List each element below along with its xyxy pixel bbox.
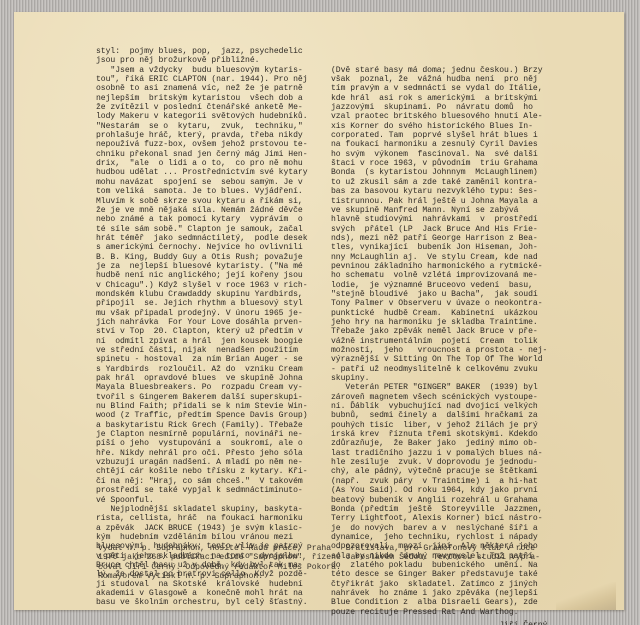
text-line: bas za basovou kytaru nezvyklého typu: š…: [331, 187, 547, 196]
text-line: Veterán PETER "GINGER" BAKER (1939) byl: [331, 383, 547, 392]
text-line: mohu navázat spojení se sebou samým. Je …: [96, 178, 308, 187]
text-line: pevninou základního harmonického a rytmi…: [331, 262, 547, 271]
text-line: punktické hudbě Cream. Kabinetní ukázkou: [331, 309, 547, 318]
text-line: čí na něj: "Hraj, co sám chceš." V takov…: [96, 477, 308, 486]
text-line: s Yardbirds rozloučil. Až do vzniku Crea…: [96, 365, 308, 374]
text-line: hlavně studiovými nahrávkami v prostředí: [331, 215, 547, 224]
text-line: ství v Top 20. Clapton, který už předtím…: [96, 327, 308, 336]
text-line: wood (z Traffic, předtím Spence Davis Gr…: [96, 411, 308, 420]
text-line: připojil se. Jejich rhythm a bluesový st…: [96, 299, 308, 308]
text-line: však poznal, že vážná hudba není pro něj: [331, 75, 547, 84]
text-line: Mayala Bluesbreakers. Po rozpadu Cream v…: [96, 383, 308, 392]
text-line: s americkými černochy. Nejvíce ho ovlivn…: [96, 243, 308, 252]
text-line: nds), mezi něž patří George Harrison z B…: [331, 234, 547, 243]
text-line: vzal praotec britského bluesového hnutí …: [331, 112, 547, 121]
text-line: mu však připadal prodejný. V únoru 1965 …: [96, 309, 308, 318]
text-line: ve skupině Manfred Mann. Nyní se zabývá: [331, 206, 547, 215]
text-line: bubnů, sedmi činely a dalšími hračkami z…: [331, 411, 547, 420]
text-line: (Dvě staré basy má doma; jednu českou.) …: [331, 66, 547, 75]
text-line: na foukací harmoniku a zesnulý Cyril Dav…: [331, 140, 547, 149]
text-line: lody Makeru v kategorii světových hudebn…: [96, 112, 308, 121]
text-line: "Jsem a vždycky budu bluesovým kytaris-: [96, 66, 308, 75]
text-line: Tony Palmer v Observeru v úvaze o neokon…: [331, 299, 547, 308]
text-line: mondském klubu Crawdaddy skupinu Yardbir…: [96, 290, 308, 299]
text-line: hudbě není nic anglického; její kořeny j…: [96, 271, 308, 280]
text-line: že je ve mně nějaká síla. Nemám žádné dě…: [96, 206, 308, 215]
text-line: vážně instrumentálním pojetí Cream tolik: [331, 337, 547, 346]
text-line: té síle sám sobě." Clapton je samouk, za…: [96, 225, 308, 234]
text-line: to už zkusil sám a zde také zaměnil kont…: [331, 178, 547, 187]
text-line: B. B. King, Buddy Guy a Otis Rush; považ…: [96, 253, 308, 262]
text-line: a zpěvák JACK BRUCE (1943) je svým klasi…: [96, 524, 308, 533]
text-line: last tradičního jazzu i v pomalých blues…: [331, 449, 547, 458]
text-line: kde hrál asi rok s americkými a britským…: [331, 94, 547, 103]
text-line: Terry Lightfoot, Alexis Korner) bicí nás…: [331, 514, 547, 523]
text-line: a baskytaristu Rick Grech (Family). Třeb…: [96, 421, 308, 430]
text-line: prostředí se také vypjal k sedmnáctiminu…: [96, 486, 308, 495]
text-line: lodie, je významné Bruceovo vedení basu,: [331, 281, 547, 290]
text-line: xis Korner do svého historického Blues I…: [331, 122, 547, 131]
text-line: Vydal n. p. Supraphon, nositel Řádu prác…: [98, 544, 540, 553]
text-line: svých přátel (LP Jack Bruce And His Frie…: [331, 225, 547, 234]
text-line: že zvítězil v poslední čtenářské anketě …: [96, 103, 308, 112]
text-line: Nejplodnější skladatel skupiny, baskyta-: [96, 505, 308, 514]
text-line: hle zesiluje zvuk. V doprovodu je jednod…: [331, 458, 547, 467]
text-line: tou", říká ERIC CLAPTON (nar. 1944). Pro…: [96, 75, 308, 84]
text-line: pouze recituje Pressed Rat And Warthog.: [331, 608, 547, 617]
text-line: beatový bubeník v Anglii rozehrál u Grah…: [331, 496, 547, 505]
text-line: coval Jiří Černý. Odpovědný redaktor Mil…: [98, 563, 540, 572]
right-text-column: (Dvě staré basy má doma; jednu českou.) …: [331, 47, 547, 625]
text-line: ní odmítl zpívat a hrál jen kousek boogi…: [96, 337, 308, 346]
paper-corner-curl: [556, 582, 616, 610]
text-line: spinetu - hostoval za ním Brian Auger - …: [96, 355, 308, 364]
text-line: nny McLaughlin aj. Ve stylu Cream, kde n…: [331, 253, 547, 262]
text-line: tistrunnou. Pak hrál ještě u Johna Mayal…: [331, 197, 547, 206]
text-line: zdůrazňuje, že Baker jako jediný mimo ob…: [331, 439, 547, 448]
text-line: "stejně bloudivé jako u Bacha", jak soud…: [331, 290, 547, 299]
text-line: hudbou udělat ... Prostřednictvím své ky…: [96, 168, 308, 177]
text-line: výraznější v Sitting On The Top Of The W…: [331, 355, 547, 364]
text-line: v Chicagu".) Když slyšel v roce 1963 v r…: [96, 281, 308, 290]
text-line: dynamice, jeho techniku, rychlost i nápa…: [331, 533, 547, 542]
text-line: akademii v Glasgowě a konečně mohl hrát …: [96, 589, 308, 598]
text-line: nejlepším britským kytaristou všech dob …: [96, 94, 308, 103]
text-line: skupiny.: [331, 374, 547, 383]
text-line: - patří už neodmyslitelně k celkovému zv…: [331, 365, 547, 374]
text-line: basu ve školním orchestru, byl celý šťas…: [96, 598, 308, 607]
text-line: prohlašuje hráč, který, pravda, třeba ni…: [96, 131, 308, 140]
text-line: Třebaže jako zpěvák neměl Jack Bruce v p…: [331, 327, 547, 336]
text-line: Blue Condition z alba Disraeli Gears), z…: [331, 598, 547, 607]
left-text-column: styl: pojmy blues, pop, jazz, psychedeli…: [96, 47, 308, 608]
text-line: zároveň magnetem všech scénických vystou…: [331, 393, 547, 402]
text-line: je Clapton nesmírně populární, novináři …: [96, 430, 308, 439]
text-line: nepoužívá fuzz-box, ovšem jehož prstovou…: [96, 140, 308, 149]
text-line: vzbuzují uragán nadšení. A mladí po něm …: [96, 458, 308, 467]
text-line: rista, cellista, hráč na foukací harmoni…: [96, 514, 308, 523]
text-line: jich nahrávka For Your Love dosáhla prve…: [96, 318, 308, 327]
text-line: ve střední části, nijak nenadšen použití…: [96, 346, 308, 355]
text-line: štaci v roce 1963, v původním triu Graha…: [331, 159, 547, 168]
author-signature: Jiří Černý: [331, 621, 547, 625]
text-line: osobně to asi znamená víc, než že je pat…: [96, 84, 308, 93]
text-line: nahrávek ho známe i jako zpěváka (nejlep…: [331, 589, 547, 598]
text-line: (As You Said). Od roku 1964, kdy jako pr…: [331, 486, 547, 495]
text-line: jsou pro něj brožurkově přibližné.: [96, 56, 308, 65]
text-line: jeho hry na harmoniku je skladba Trainti…: [331, 318, 547, 327]
text-line: corporated. Tam poprvé slyšel hrát blues…: [331, 131, 547, 140]
text-line: chniku překonal snad jen černý mág Jimi …: [96, 150, 308, 159]
text-line: hrát téměř jako sedmnáctiletý, podle des…: [96, 234, 308, 243]
text-line: "Nestarám se o kytaru, zvuk, techniku,": [96, 122, 308, 131]
text-line: ho svým výkonem fascinoval. Na své další: [331, 150, 547, 159]
text-line: ní. Ďáblík vybuchující nad dvojicí velký…: [331, 402, 547, 411]
text-line: drix, "ale o lidi a o to, co pro ně mohu: [96, 159, 308, 168]
text-line: Bonda (s kytaristou Johnnym McLaughlinem…: [331, 168, 547, 177]
text-line: tom veliká samota. Je to blues. Vyjádřen…: [96, 187, 308, 196]
text-line: chtějí cár košile nebo třísku z kytary. …: [96, 467, 308, 476]
text-line: tím pravým a v sedmnácti se vydal do Itá…: [331, 84, 547, 93]
text-line: Mluvím k sobě skrze svou kytaru a říkám …: [96, 197, 308, 206]
text-line: hře. Nikdy nehrál pro oči. Přesto jeho s…: [96, 449, 308, 458]
text-line: styl: pojmy blues, pop, jazz, psychedeli…: [96, 47, 308, 56]
text-line: nebo známé a tak pomocí kytary vyprávím …: [96, 215, 308, 224]
text-line: 1970 jako 268. publikaci edice "Suprapho…: [98, 553, 540, 562]
text-line: píší o jeho vystupování a soukromí, ale …: [96, 439, 308, 448]
text-line: jazzovými skupinami. Po návratu domů ho: [331, 103, 547, 112]
text-line: je do nových barev a v neslýchané šíři a: [331, 524, 547, 533]
text-line: možností, jeho vroucnost a prostota - ne…: [331, 346, 547, 355]
text-line: (např. zvuk páry v Traintime) i a hi-hat: [331, 477, 547, 486]
text-line: pak hrál opravdové blues ve skupině John…: [96, 374, 308, 383]
text-line: je za nejlepší bluesové kytaristy. ("Na …: [96, 262, 308, 271]
text-line: Romayorem vytiskl n. p. Supraphon.: [98, 572, 540, 581]
text-line: tvořil s Gingerem Bakerem další supersku…: [96, 393, 308, 402]
text-line: ho schematu volně vzlétá improvizovaná m…: [331, 271, 547, 280]
text-line: Bonda (předtím ještě Storeyville Jazzmen…: [331, 505, 547, 514]
text-line: chý, ale pádný, výtečně pracuje se štětk…: [331, 467, 547, 476]
publisher-imprint: Vydal n. p. Supraphon, nositel Řádu prác…: [98, 544, 540, 581]
liner-notes-sheet: styl: pojmy blues, pop, jazz, psychedeli…: [14, 12, 624, 610]
text-line: tles, vynikající bubeník Jon Hiseman, Jo…: [331, 243, 547, 252]
text-line: vé Spoonful.: [96, 496, 308, 505]
text-line: nu Blind Faith; přidali se k nim Stevie …: [96, 402, 308, 411]
text-line: irská krev říznuta třemi skotskými. Kdek…: [331, 430, 547, 439]
text-line: kým hudebním vzděláním bílou vránou mezi: [96, 533, 308, 542]
text-line: pouhých tisíc liber, v jehož žilách je p…: [331, 421, 547, 430]
